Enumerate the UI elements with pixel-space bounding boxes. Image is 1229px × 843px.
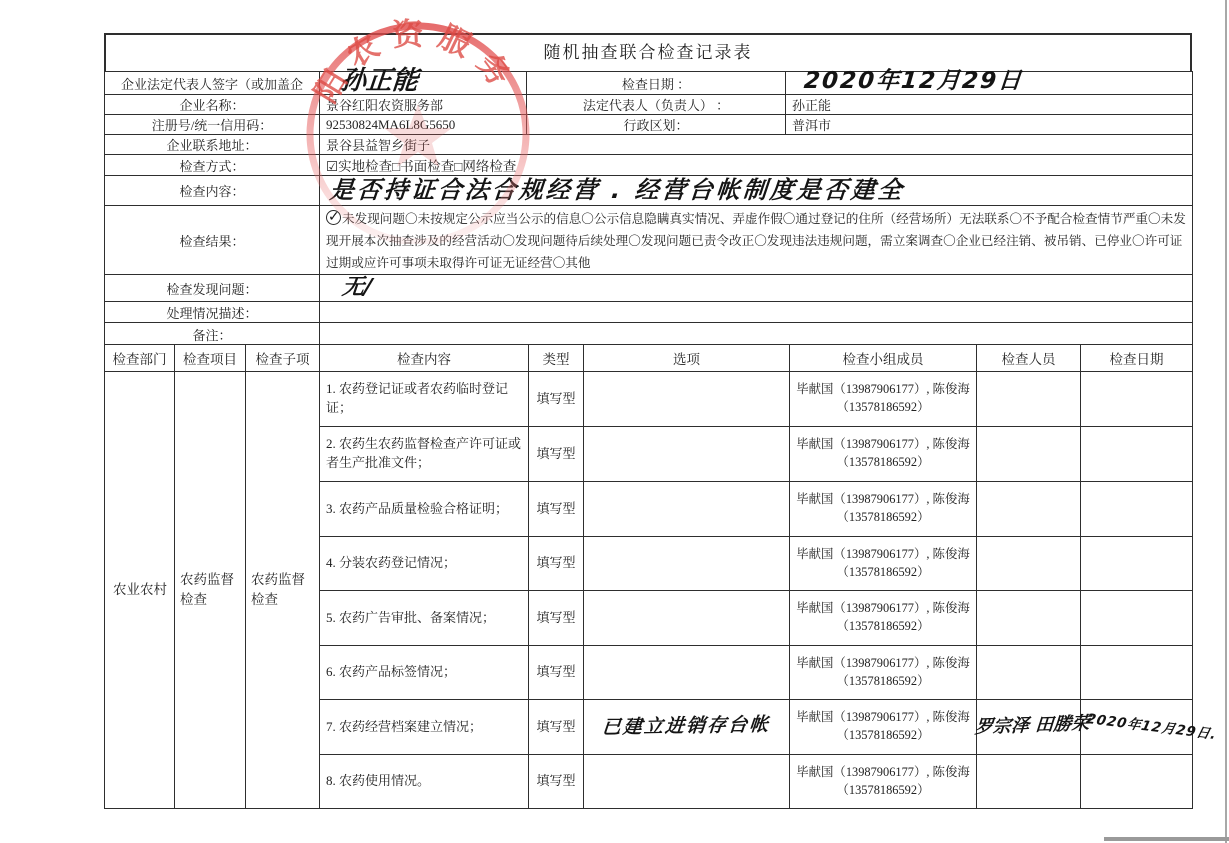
type-cell: 填写型 — [529, 372, 584, 427]
checked-circle-mark: ✓ — [326, 210, 341, 225]
inspect-date-label: 检查日期 ： — [527, 72, 786, 95]
problems-label: 检查发现问题： — [105, 275, 320, 302]
handwritten-none: 无/ — [341, 277, 373, 299]
col-header-subitem: 检查子项 — [246, 345, 320, 372]
method-value: ☑实地检查□书面检查□网络检查 — [320, 155, 1193, 176]
content-cell: 1. 农药登记证或者农药临时登记证； — [320, 372, 529, 427]
type-cell: 填写型 — [529, 482, 584, 537]
team-cell: 毕献国（13987906177）, 陈俊海（13578186592） — [790, 427, 977, 482]
project-cell: 农药监督检查 — [175, 372, 246, 809]
team-cell: 毕献国（13987906177）, 陈俊海（13578186592） — [790, 482, 977, 537]
date-cell — [1081, 755, 1193, 809]
handwritten-signature: 孙正能 — [339, 68, 419, 94]
inspection-items-table: 检查部门 检查项目 检查子项 检查内容 类型 选项 检查小组成员 检查人员 检查… — [104, 344, 1193, 809]
team-cell: 毕献国（13987906177）, 陈俊海（13578186592） — [790, 646, 977, 700]
handling-value — [320, 302, 1193, 323]
reg-no-value: 92530824MA6L8G5650 — [320, 115, 527, 135]
method-label: 检查方式： — [105, 155, 320, 176]
scanned-document-page: { "page": { "title": "随机抽查联合检查记录表" }, "s… — [0, 0, 1229, 843]
type-cell: 填写型 — [529, 537, 584, 591]
col-header-department: 检查部门 — [105, 345, 175, 372]
date-cell — [1081, 537, 1193, 591]
team-cell: 毕献国（13987906177）, 陈俊海（13578186592） — [790, 755, 977, 809]
handling-label: 处理情况描述： — [105, 302, 320, 323]
col-header-option: 选项 — [584, 345, 790, 372]
inspector-cell: 罗宗泽 田勝荣 — [977, 700, 1081, 755]
legal-rep-label: 法定代表人（负责人） ： — [527, 95, 786, 115]
problems-value-cell: 无/ — [320, 275, 1193, 302]
content-cell: 8. 农药使用情况。 — [320, 755, 529, 809]
handwritten-inspectors: 罗宗泽 田勝荣 — [974, 715, 1090, 737]
inspector-cell — [977, 591, 1081, 646]
col-header-team: 检查小组成员 — [790, 345, 977, 372]
remark-value — [320, 323, 1193, 346]
col-header-date: 检查日期 — [1081, 345, 1193, 372]
type-cell: 填写型 — [529, 427, 584, 482]
content-cell: 2. 农药生农药监督检查产许可证或者生产批准文件； — [320, 427, 529, 482]
company-name-value: 景谷红阳农资服务部 — [320, 95, 527, 115]
inspector-cell — [977, 646, 1081, 700]
handwritten-option: 已建立进销存台帐 — [602, 715, 772, 737]
option-cell — [584, 537, 790, 591]
inspector-cell — [977, 537, 1081, 591]
col-header-inspector: 检查人员 — [977, 345, 1081, 372]
date-cell — [1081, 372, 1193, 427]
team-cell: 毕献国（13987906177）, 陈俊海（13578186592） — [790, 700, 977, 755]
company-name-label: 企业名称： — [105, 95, 320, 115]
inspector-cell — [977, 755, 1081, 809]
type-cell: 填写型 — [529, 700, 584, 755]
inspect-date-value-cell: 2020年12月29日 — [786, 72, 1193, 95]
page-edge-bottom — [1104, 837, 1229, 841]
date-cell — [1081, 646, 1193, 700]
handwritten-row-date: 2020年12月29日. — [1085, 713, 1218, 743]
type-cell: 填写型 — [529, 646, 584, 700]
date-cell — [1081, 591, 1193, 646]
handwritten-content: 是否持证合法合规经营 . 经营台帐制度是否建全 — [329, 178, 906, 202]
district-value: 普洱市 — [786, 115, 1193, 135]
content-cell: 5. 农药广告审批、备案情况； — [320, 591, 529, 646]
option-cell — [584, 482, 790, 537]
col-header-type: 类型 — [529, 345, 584, 372]
inspector-cell — [977, 372, 1081, 427]
option-cell — [584, 372, 790, 427]
col-header-project: 检查项目 — [175, 345, 246, 372]
table-row: 农业农村 农药监督检查 农药监督检查 1. 农药登记证或者农药临时登记证； 填写… — [105, 372, 1193, 427]
result-label: 检查结果： — [105, 206, 320, 275]
remark-label: 备注： — [105, 323, 320, 346]
department-cell: 农业农村 — [105, 372, 175, 809]
content-value-cell: 是否持证合法合规经营 . 经营台帐制度是否建全 — [320, 176, 1193, 206]
content-cell: 6. 农药产品标签情况； — [320, 646, 529, 700]
option-cell — [584, 427, 790, 482]
handwritten-inspect-date: 2020年12月29日 — [803, 70, 1024, 93]
inspector-cell — [977, 427, 1081, 482]
reg-no-label: 注册号/统一信用码： — [105, 115, 320, 135]
result-value-cell: ✓未发现问题〇未按规定公示应当公示的信息〇公示信息隐瞒真实情况、弄虚作假〇通过登… — [320, 206, 1193, 275]
date-cell: 2020年12月29日. — [1081, 700, 1193, 755]
type-cell: 填写型 — [529, 591, 584, 646]
team-cell: 毕献国（13987906177）, 陈俊海（13578186592） — [790, 372, 977, 427]
content-label: 检查内容： — [105, 176, 320, 206]
result-options-text: 未发现问题〇未按规定公示应当公示的信息〇公示信息隐瞒真实情况、弄虚作假〇通过登记… — [326, 212, 1186, 270]
date-cell — [1081, 482, 1193, 537]
type-cell: 填写型 — [529, 755, 584, 809]
content-cell: 7. 农药经营档案建立情况； — [320, 700, 529, 755]
option-cell: 已建立进销存台帐 — [584, 700, 790, 755]
date-cell — [1081, 427, 1193, 482]
record-form: 随机抽查联合检查记录表 企业法定代表人签字（或加盖企 孙正能 检查日期 ： 20… — [104, 33, 1192, 809]
address-label: 企业联系地址： — [105, 135, 320, 155]
team-cell: 毕献国（13987906177）, 陈俊海（13578186592） — [790, 591, 977, 646]
page-edge-right — [1225, 0, 1227, 843]
company-info-table: 企业法定代表人签字（或加盖企 孙正能 检查日期 ： 2020年12月29日 企业… — [104, 71, 1193, 346]
form-title: 随机抽查联合检查记录表 — [104, 33, 1192, 73]
team-cell: 毕献国（13987906177）, 陈俊海（13578186592） — [790, 537, 977, 591]
sign-value-cell: 孙正能 — [320, 72, 527, 95]
subitem-cell: 农药监督检查 — [246, 372, 320, 809]
inspector-cell — [977, 482, 1081, 537]
district-label: 行政区划： — [527, 115, 786, 135]
address-value: 景谷县益智乡街子 — [320, 135, 1193, 155]
option-cell — [584, 591, 790, 646]
sign-label: 企业法定代表人签字（或加盖企 — [105, 72, 320, 95]
content-cell: 4. 分装农药登记情况； — [320, 537, 529, 591]
option-cell — [584, 755, 790, 809]
option-cell — [584, 646, 790, 700]
col-header-content: 检查内容 — [320, 345, 529, 372]
legal-rep-value: 孙正能 — [786, 95, 1193, 115]
content-cell: 3. 农药产品质量检验合格证明； — [320, 482, 529, 537]
